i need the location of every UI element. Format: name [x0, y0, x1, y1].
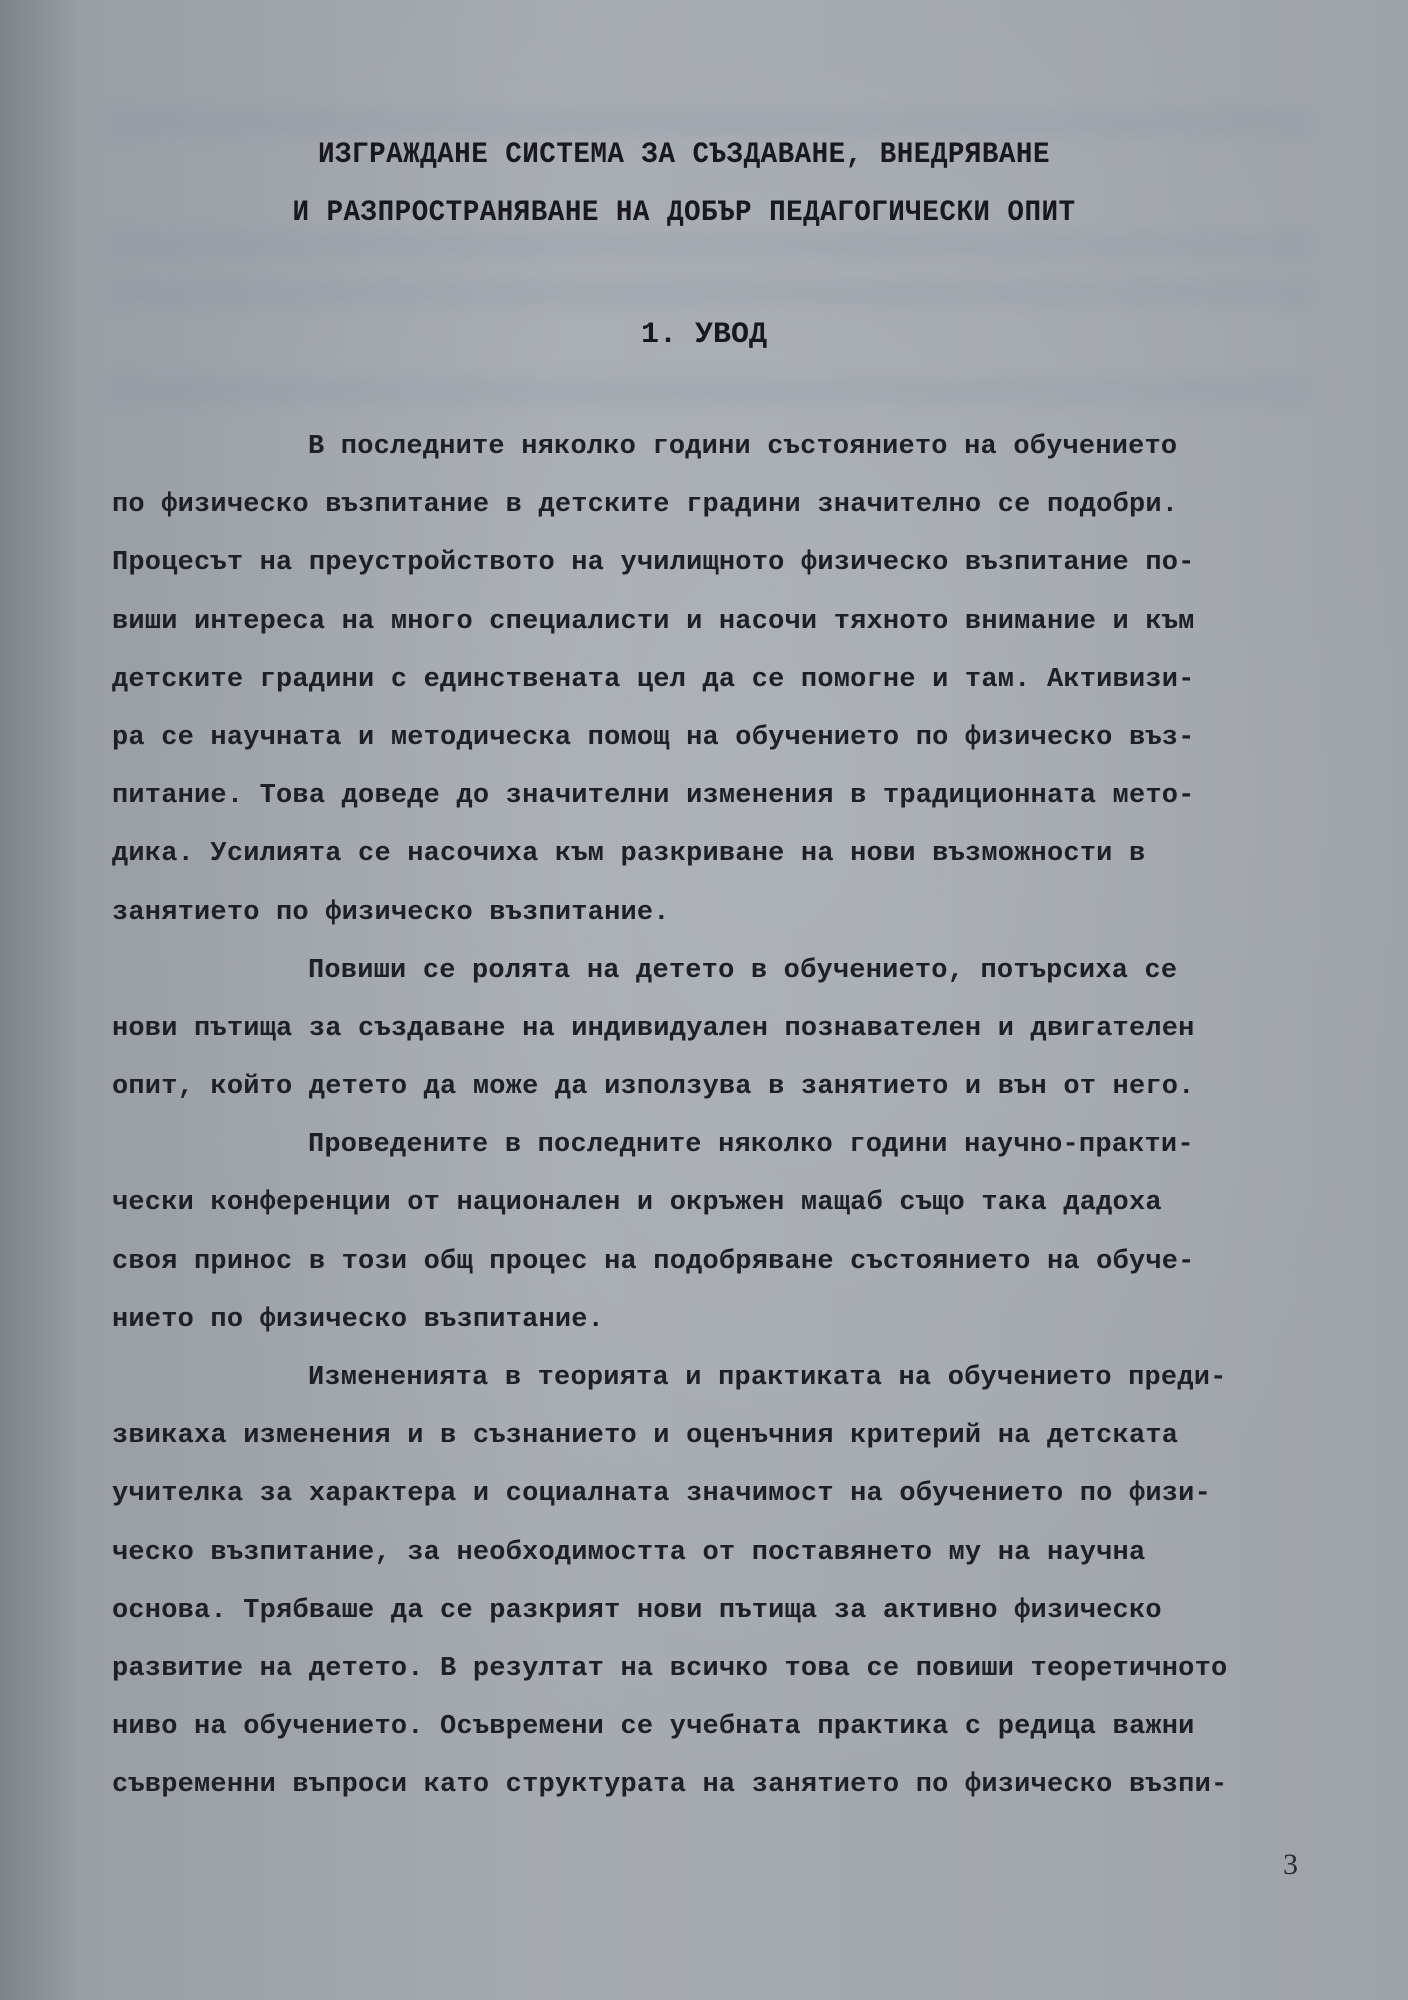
bleed-through-mark [110, 110, 1310, 136]
text-line: Повиши се ролята на детето в обучението,… [112, 942, 1352, 1000]
text-line: своя принос в този общ процес на подобря… [112, 1233, 1352, 1291]
text-line: по физическо възпитание в детските гради… [112, 476, 1352, 534]
text-line: чески конференции от национален и окръже… [112, 1174, 1352, 1232]
text-line: опит, който детето да може да използува … [112, 1058, 1352, 1116]
text-line: Измененията в теорията и практиката на о… [112, 1349, 1352, 1407]
section-heading: 1. УВОД [0, 318, 1408, 352]
text-line: ниво на обучението. Осъвремени се учебна… [112, 1698, 1352, 1756]
text-line: В последните няколко години състоянието … [112, 418, 1352, 476]
document-title-line-1: ИЗГРАЖДАНЕ СИСТЕМА ЗА СЪЗДАВАНЕ, ВНЕДРЯВ… [36, 138, 1331, 172]
document-page: ИЗГРАЖДАНЕ СИСТЕМА ЗА СЪЗДАВАНЕ, ВНЕДРЯВ… [0, 0, 1408, 2000]
text-line: дика. Усилията се насочиха към разкриван… [112, 825, 1352, 883]
text-line: питание. Това доведе до значителни измен… [112, 767, 1352, 825]
text-line: детските градини с единствената цел да с… [112, 651, 1352, 709]
body-text: В последните няколко години състоянието … [112, 418, 1352, 1815]
document-title-line-2: И РАЗПРОСТРАНЯВАНЕ НА ДОБЪР ПЕДАГОГИЧЕСК… [36, 196, 1331, 230]
page-number: 3 [1283, 1848, 1298, 1882]
text-line: Процесът на преустройството на училищнот… [112, 534, 1352, 592]
text-line: ческо възпитание, за необходимостта от п… [112, 1524, 1352, 1582]
bleed-through-mark [110, 232, 1310, 258]
bleed-through-mark [110, 280, 1310, 306]
bleed-through-mark [110, 378, 1310, 404]
text-line: основа. Трябваше да се разкрият нови път… [112, 1582, 1352, 1640]
text-line: съвременни въпроси като структурата на з… [112, 1756, 1352, 1814]
text-line: виши интереса на много специалисти и нас… [112, 593, 1352, 651]
text-line: звикаха изменения и в съзнанието и оценъ… [112, 1407, 1352, 1465]
text-line: развитие на детето. В резултат на всичко… [112, 1640, 1352, 1698]
text-line: учителка за характера и социалната значи… [112, 1465, 1352, 1523]
text-line: ра се научната и методическа помощ на об… [112, 709, 1352, 767]
text-line: нови пътища за създаване на индивидуален… [112, 1000, 1352, 1058]
text-line: занятието по физическо възпитание. [112, 884, 1352, 942]
text-line: нието по физическо възпитание. [112, 1291, 1352, 1349]
text-line: Проведените в последните няколко години … [112, 1116, 1352, 1174]
